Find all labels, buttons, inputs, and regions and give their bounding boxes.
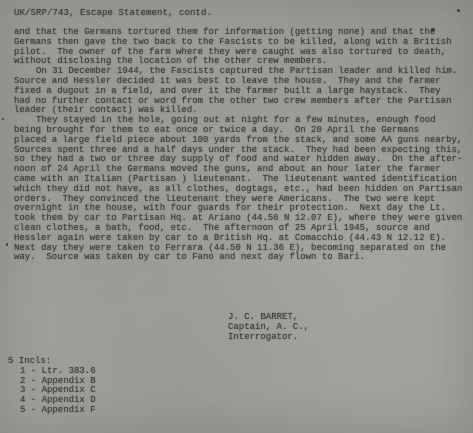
enclosure-items: 1 - Ltr. 383.62 - Appendix B3 - Appendix… bbox=[8, 367, 96, 416]
signature-block: J. C. BARRET, Captain, A. C., Interrogat… bbox=[228, 312, 309, 342]
scan-speck bbox=[457, 9, 460, 12]
scan-speck bbox=[2, 118, 4, 120]
document-body: and that the Germans tortured them for i… bbox=[14, 28, 464, 263]
document-line: way. Source was taken by car to Fano and… bbox=[14, 253, 464, 263]
document-header: UK/SRP/743, Escape Statement, contd. bbox=[14, 8, 212, 18]
signature-rank: Captain, A. C., bbox=[228, 322, 309, 332]
signature-name: J. C. BARRET, bbox=[228, 312, 309, 322]
signature-role: Interrogator. bbox=[228, 332, 309, 342]
enclosure-list: 5 Incls: 1 - Ltr. 383.62 - Appendix B3 -… bbox=[8, 357, 96, 416]
enclosure-item: 5 - Appendix F bbox=[20, 406, 96, 416]
scan-speck bbox=[431, 28, 435, 31]
scanned-document: UK/SRP/743, Escape Statement, contd. and… bbox=[0, 0, 473, 433]
scan-speck bbox=[6, 243, 8, 246]
